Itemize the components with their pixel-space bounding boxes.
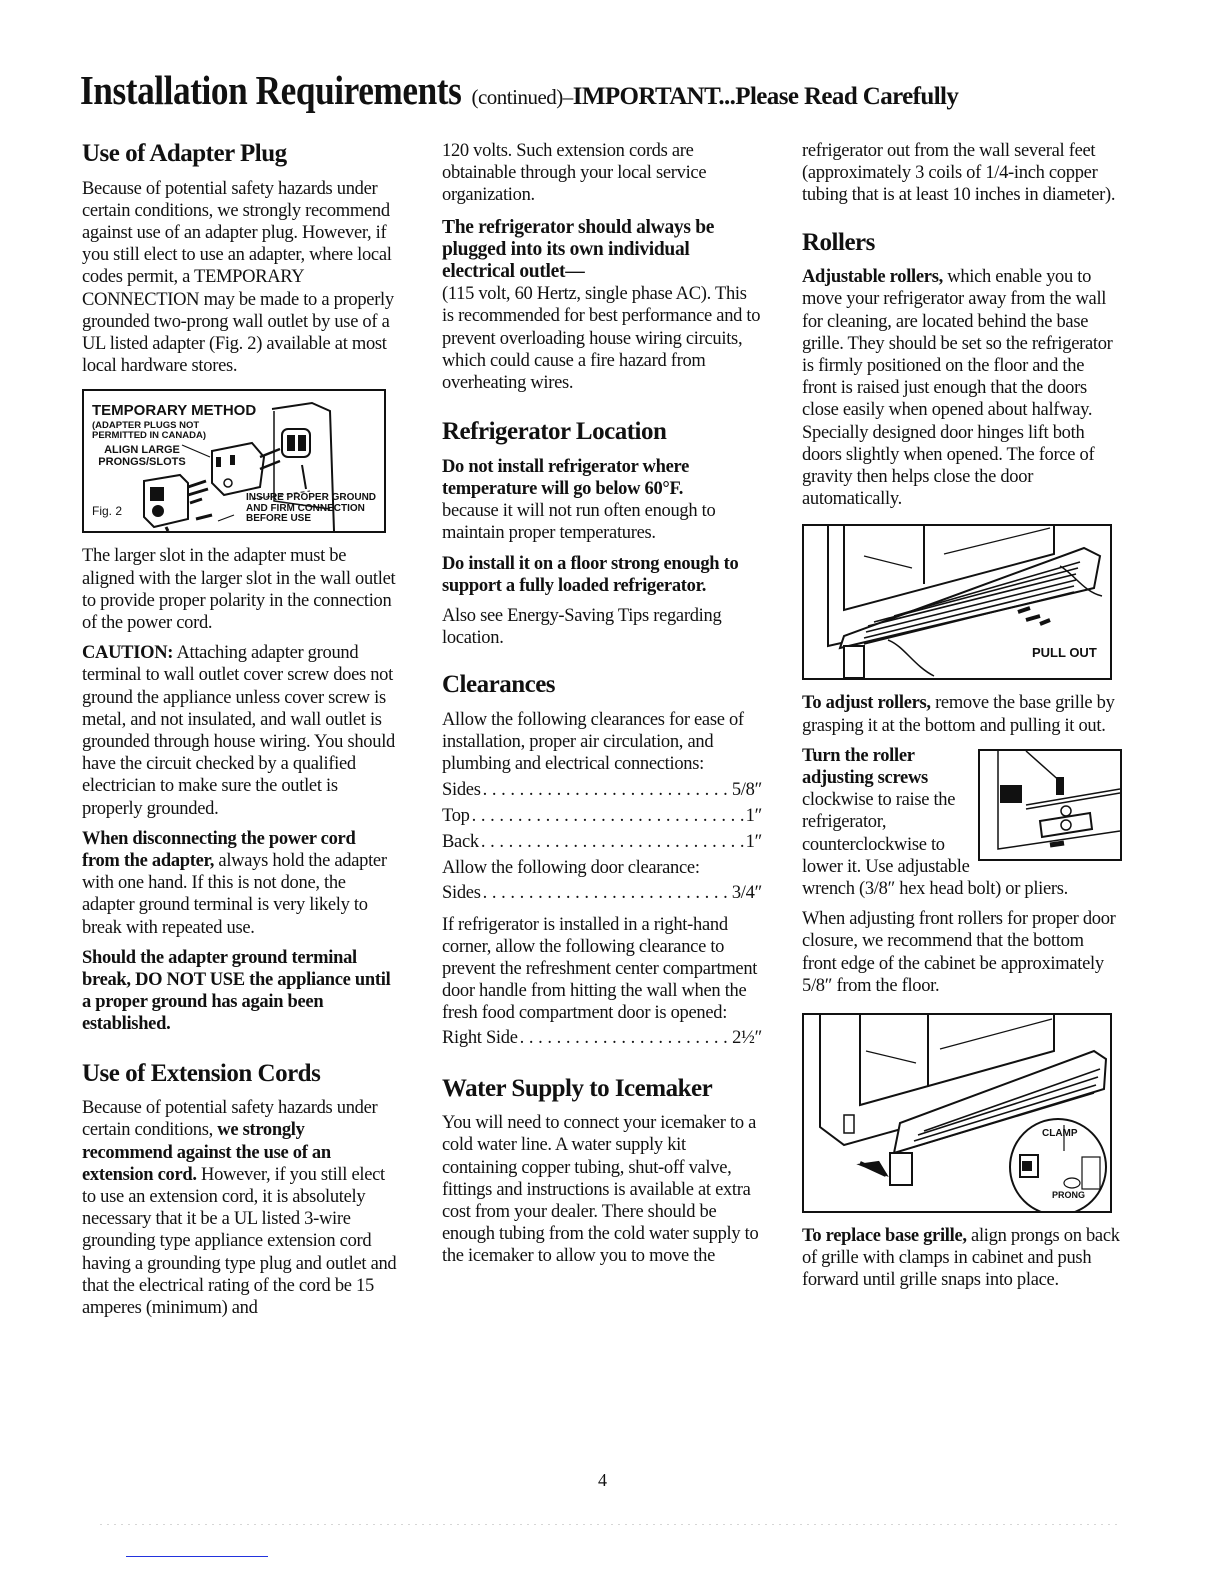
- footer-link-underline[interactable]: [126, 1556, 268, 1557]
- heading-water-supply: Water Supply to Icemaker: [442, 1075, 762, 1103]
- pull-out-label: PULL OUT: [1032, 646, 1097, 660]
- roller-screw-block: Turn the roller adjusting screws clockwi…: [802, 745, 1122, 900]
- figure-roller-screw: [978, 749, 1122, 861]
- figure-title: TEMPORARY METHOD: [92, 403, 256, 419]
- clearance-row: Top1″: [442, 803, 762, 829]
- front-rollers-text: When adjusting front rollers for proper …: [802, 908, 1122, 997]
- rollers-intro: Adjustable rollers, which enable you to …: [802, 266, 1122, 510]
- extension-continued: 120 volts. Such extension cords are obta…: [442, 140, 762, 207]
- heading-refrigerator-location: Refrigerator Location: [442, 418, 762, 446]
- section-refrigerator-location: Refrigerator Location Do not install ref…: [442, 418, 762, 649]
- title-continued: (continued)–: [471, 85, 572, 110]
- section-water-supply: Water Supply to Icemaker You will need t…: [442, 1075, 762, 1268]
- figure-adapter-plug: TEMPORARY METHOD (ADAPTER PLUGS NOT PERM…: [82, 389, 386, 533]
- clearances-intro: Allow the following clearances for ease …: [442, 709, 762, 776]
- corner-clearance-text: If refrigerator is installed in a right-…: [442, 914, 762, 1025]
- clearance-row: Back1″: [442, 829, 762, 855]
- adjust-rollers-text: To adjust rollers, remove the base grill…: [802, 692, 1122, 736]
- title-important: IMPORTANT...Please Read Carefully: [573, 83, 959, 111]
- roller-screw-illustration: [980, 751, 1120, 859]
- outlet-requirement: The refrigerator should always be plugge…: [442, 217, 762, 395]
- column-middle: 120 volts. Such extension cords are obta…: [442, 140, 762, 1276]
- section-rollers: Rollers Adjustable rollers, which enable…: [802, 229, 1122, 1292]
- scan-artifact-line: [100, 1524, 1120, 1525]
- column-left: Use of Adapter Plug Because of potential…: [82, 140, 397, 1327]
- corner-clearance-row: Right Side2½″: [442, 1025, 762, 1051]
- door-clearance-intro: Allow the following door clearance:: [442, 857, 762, 879]
- replace-grille-illustration: [804, 1015, 1110, 1211]
- figure-canada-note: (ADAPTER PLUGS NOT PERMITTED IN CANADA): [92, 421, 242, 441]
- heading-extension-cords: Use of Extension Cords: [82, 1060, 397, 1088]
- section-extension-cords: Use of Extension Cords Because of potent…: [82, 1060, 397, 1320]
- figure-caption: Fig. 2: [92, 505, 122, 518]
- figure-ground-label: INSURE PROPER GROUND AND FIRM CONNECTION…: [246, 493, 386, 525]
- adapter-break-warning: Should the adapter ground terminal break…: [82, 947, 397, 1036]
- extension-text: Because of potential safety hazards unde…: [82, 1097, 397, 1319]
- door-clearance-row: Sides3/4″: [442, 880, 762, 906]
- heading-clearances: Clearances: [442, 671, 762, 699]
- replace-grille-text: To replace base grille, align prongs on …: [802, 1225, 1122, 1292]
- prong-label: PRONG: [1052, 1191, 1085, 1200]
- water-supply-text: You will need to connect your icemaker t…: [442, 1112, 762, 1267]
- column-right: refrigerator out from the wall several f…: [802, 140, 1122, 1300]
- clamp-label: CLAMP: [1042, 1129, 1078, 1140]
- figure-pull-out-grille: PULL OUT: [802, 524, 1112, 680]
- location-temperature-warning: Do not install refrigerator where temper…: [442, 456, 762, 545]
- adapter-polarity-text: The larger slot in the adapter must be a…: [82, 545, 397, 634]
- caution-label: CAUTION:: [82, 643, 173, 663]
- adapter-disconnect: When disconnecting the power cord from t…: [82, 828, 397, 939]
- location-floor-warning: Do install it on a floor strong enough t…: [442, 553, 762, 597]
- location-see-also: Also see Energy-Saving Tips regarding lo…: [442, 605, 762, 649]
- clearance-row: Sides5/8″: [442, 777, 762, 803]
- adapter-caution: CAUTION: Attaching adapter ground termin…: [82, 642, 397, 820]
- adapter-intro: Because of potential safety hazards unde…: [82, 178, 397, 378]
- page-title: Installation Requirements (continued)– I…: [80, 66, 958, 114]
- water-supply-continued: refrigerator out from the wall several f…: [802, 140, 1122, 207]
- page-number: 4: [598, 1470, 607, 1491]
- figure-replace-grille: CLAMP PRONG: [802, 1013, 1112, 1213]
- section-adapter-plug: Use of Adapter Plug Because of potential…: [82, 140, 397, 1036]
- section-clearances: Clearances Allow the following clearance…: [442, 671, 762, 1050]
- heading-rollers: Rollers: [802, 229, 1122, 257]
- heading-adapter-plug: Use of Adapter Plug: [82, 140, 397, 168]
- title-main: Installation Requirements: [80, 66, 461, 114]
- figure-align-label: ALIGN LARGE PRONGS/SLOTS: [92, 445, 192, 468]
